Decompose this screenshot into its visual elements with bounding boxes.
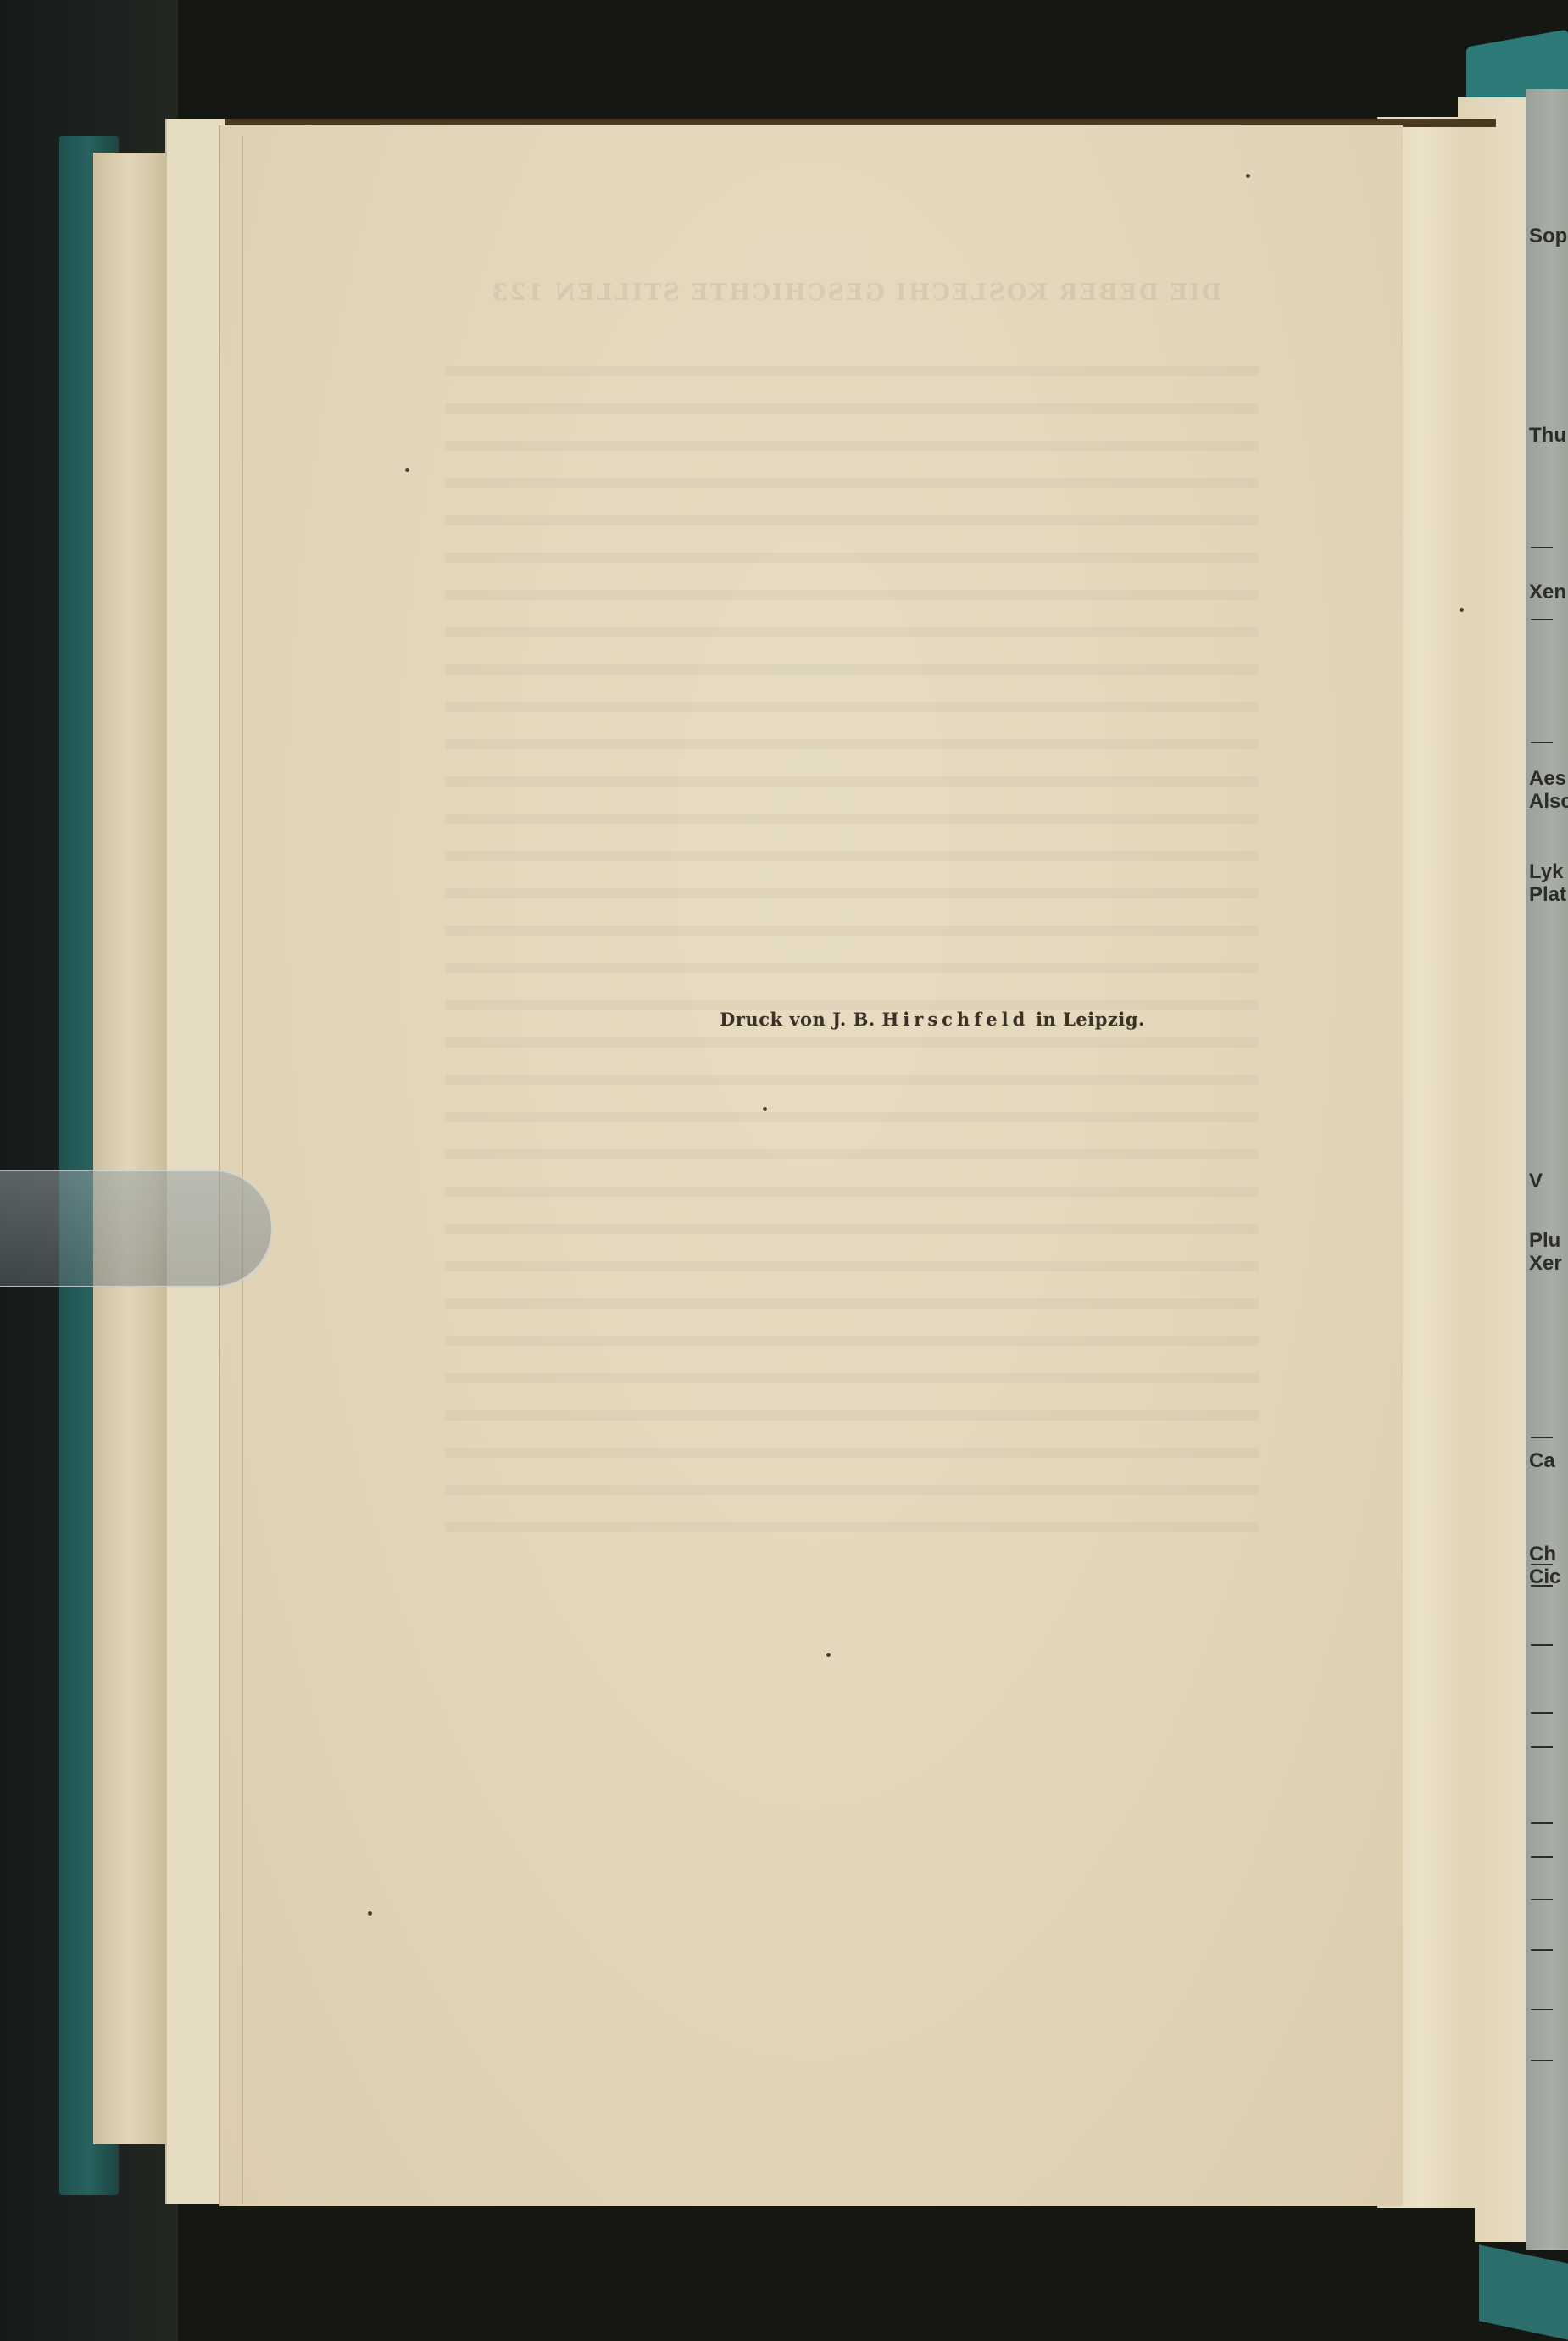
page-stub-right-outer (1458, 97, 1530, 2242)
bleed-through-header: DIE DEBER KOSLECHI GESCHICHTE STILLEN 12… (441, 280, 1271, 306)
imprint-printer-name: Hirschfeld (881, 1009, 1029, 1030)
edge-index-label: Sop (1529, 225, 1567, 247)
paper-speck (405, 468, 409, 472)
edge-index-label: Xen (1529, 581, 1566, 603)
paper-speck (1460, 608, 1464, 612)
edge-index-label: Plu Xer (1529, 1229, 1562, 1275)
plastic-bookmark-clip (0, 1170, 273, 1287)
printer-imprint: Druck von J. B. Hirschfeld in Leipzig. (695, 1009, 1170, 1030)
book-cover-cloth-right-bottom (1479, 2244, 1568, 2340)
imprint-prefix: Druck von J. B. (720, 1009, 875, 1030)
index-sheet-edge: SopThuXenAes AlscLyk PlatVPlu XerCaCh Ci… (1526, 89, 1568, 2250)
paper-speck (368, 1911, 372, 1916)
edge-index-dash (1531, 2060, 1553, 2061)
edge-index-dash (1531, 1585, 1553, 1587)
edge-index-label: Ch Cic (1529, 1543, 1560, 1588)
edge-index-dash (1531, 1437, 1553, 1438)
edge-index-dash (1531, 742, 1553, 743)
paper-speck (763, 1107, 767, 1111)
edge-index-dash (1531, 1949, 1553, 1951)
edge-index-dash (1531, 1712, 1553, 1714)
edge-index-label: Thu (1529, 424, 1566, 447)
paper-speck (1246, 174, 1250, 178)
paper-speck (826, 1653, 831, 1657)
scan-background-bottom (178, 2208, 1475, 2341)
edge-index-dash (1531, 1564, 1553, 1565)
edge-index-dash (1531, 547, 1553, 548)
edge-index-dash (1531, 1899, 1553, 1900)
edge-index-label: V (1529, 1170, 1543, 1193)
edge-index-dash (1531, 1822, 1553, 1824)
edge-index-dash (1531, 2009, 1553, 2010)
edge-index-label: Aes Alsc (1529, 767, 1568, 813)
edge-index-dash (1531, 1644, 1553, 1646)
edge-index-dash (1531, 619, 1553, 620)
edge-index-dash (1531, 1856, 1553, 1858)
bleed-through-text-block (445, 348, 1259, 1551)
imprint-suffix: in Leipzig. (1036, 1009, 1145, 1030)
edge-index-label: Lyk Plat (1529, 860, 1566, 906)
page-fold-line (242, 136, 243, 2204)
edge-index-dash (1531, 1746, 1553, 1748)
edge-index-label: Ca (1529, 1449, 1555, 1472)
